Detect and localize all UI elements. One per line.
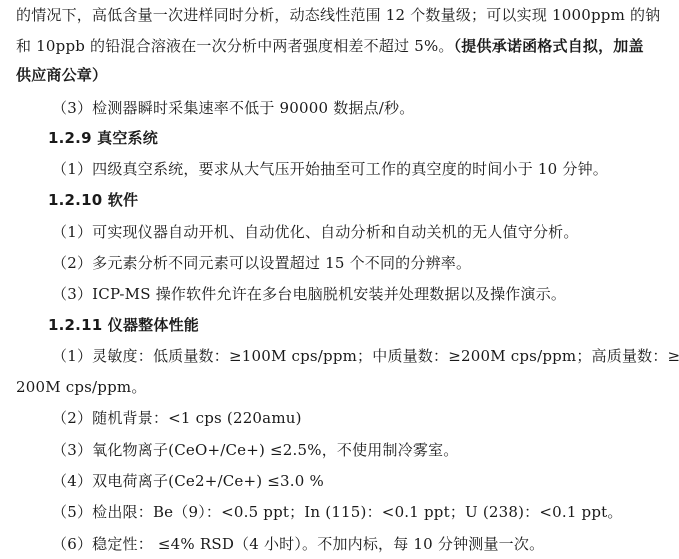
list-item-continuation: 200M cps/ppm。: [16, 372, 147, 403]
bold-note: 供应商公章）: [16, 60, 107, 91]
section-heading: 1.2.11 仪器整体性能: [48, 310, 199, 341]
list-item: （1）灵敏度：低质量数：≥100M cps/ppm；中质量数：≥200M cps…: [52, 341, 658, 372]
list-item: （6）稳定性： ≤4% RSD（4 小时）。不加内标，每 10 分钟测量一次。: [52, 529, 544, 559]
paragraph-text: 和 10ppb 的铅混合溶液在一次分析中两者强度相差不超过 5%。: [16, 37, 454, 55]
list-item: （1）四级真空系统，要求从大气压开始抽至可工作的真空度的时间小于 10 分钟。: [52, 154, 608, 185]
list-item: （5）检出限：Be（9）：<0.5 ppt；In (115)：<0.1 ppt；…: [52, 497, 623, 528]
list-item: （2）多元素分析不同元素可以设置超过 15 个不同的分辨率。: [52, 248, 471, 279]
bold-note: （提供承诺函格式自拟，加盖: [454, 37, 644, 55]
list-item: （3）ICP-MS 操作软件允许在多台电脑脱机安装并处理数据以及操作演示。: [52, 279, 566, 310]
list-item: （2）随机背景：<1 cps (220amu): [52, 403, 302, 434]
list-item: （3）检测器瞬时采集速率不低于 90000 数据点/秒。: [52, 93, 414, 124]
section-heading: 1.2.10 软件: [48, 185, 138, 216]
list-item: （4）双电荷离子(Ce2+/Ce+) ≤3.0 %: [52, 466, 324, 497]
paragraph-line: 和 10ppb 的铅混合溶液在一次分析中两者强度相差不超过 5%。（提供承诺函格…: [16, 31, 644, 62]
list-item: （3）氧化物离子(CeO+/Ce+) ≤2.5%，不使用制冷雾室。: [52, 435, 459, 466]
list-item: （1）可实现仪器自动开机、自动优化、自动分析和自动关机的无人值守分析。: [52, 217, 579, 248]
paragraph-line: 的情况下，高低含量一次进样同时分析，动态线性范围 12 个数量级；可以实现 10…: [16, 0, 658, 31]
section-heading: 1.2.9 真空系统: [48, 123, 158, 154]
